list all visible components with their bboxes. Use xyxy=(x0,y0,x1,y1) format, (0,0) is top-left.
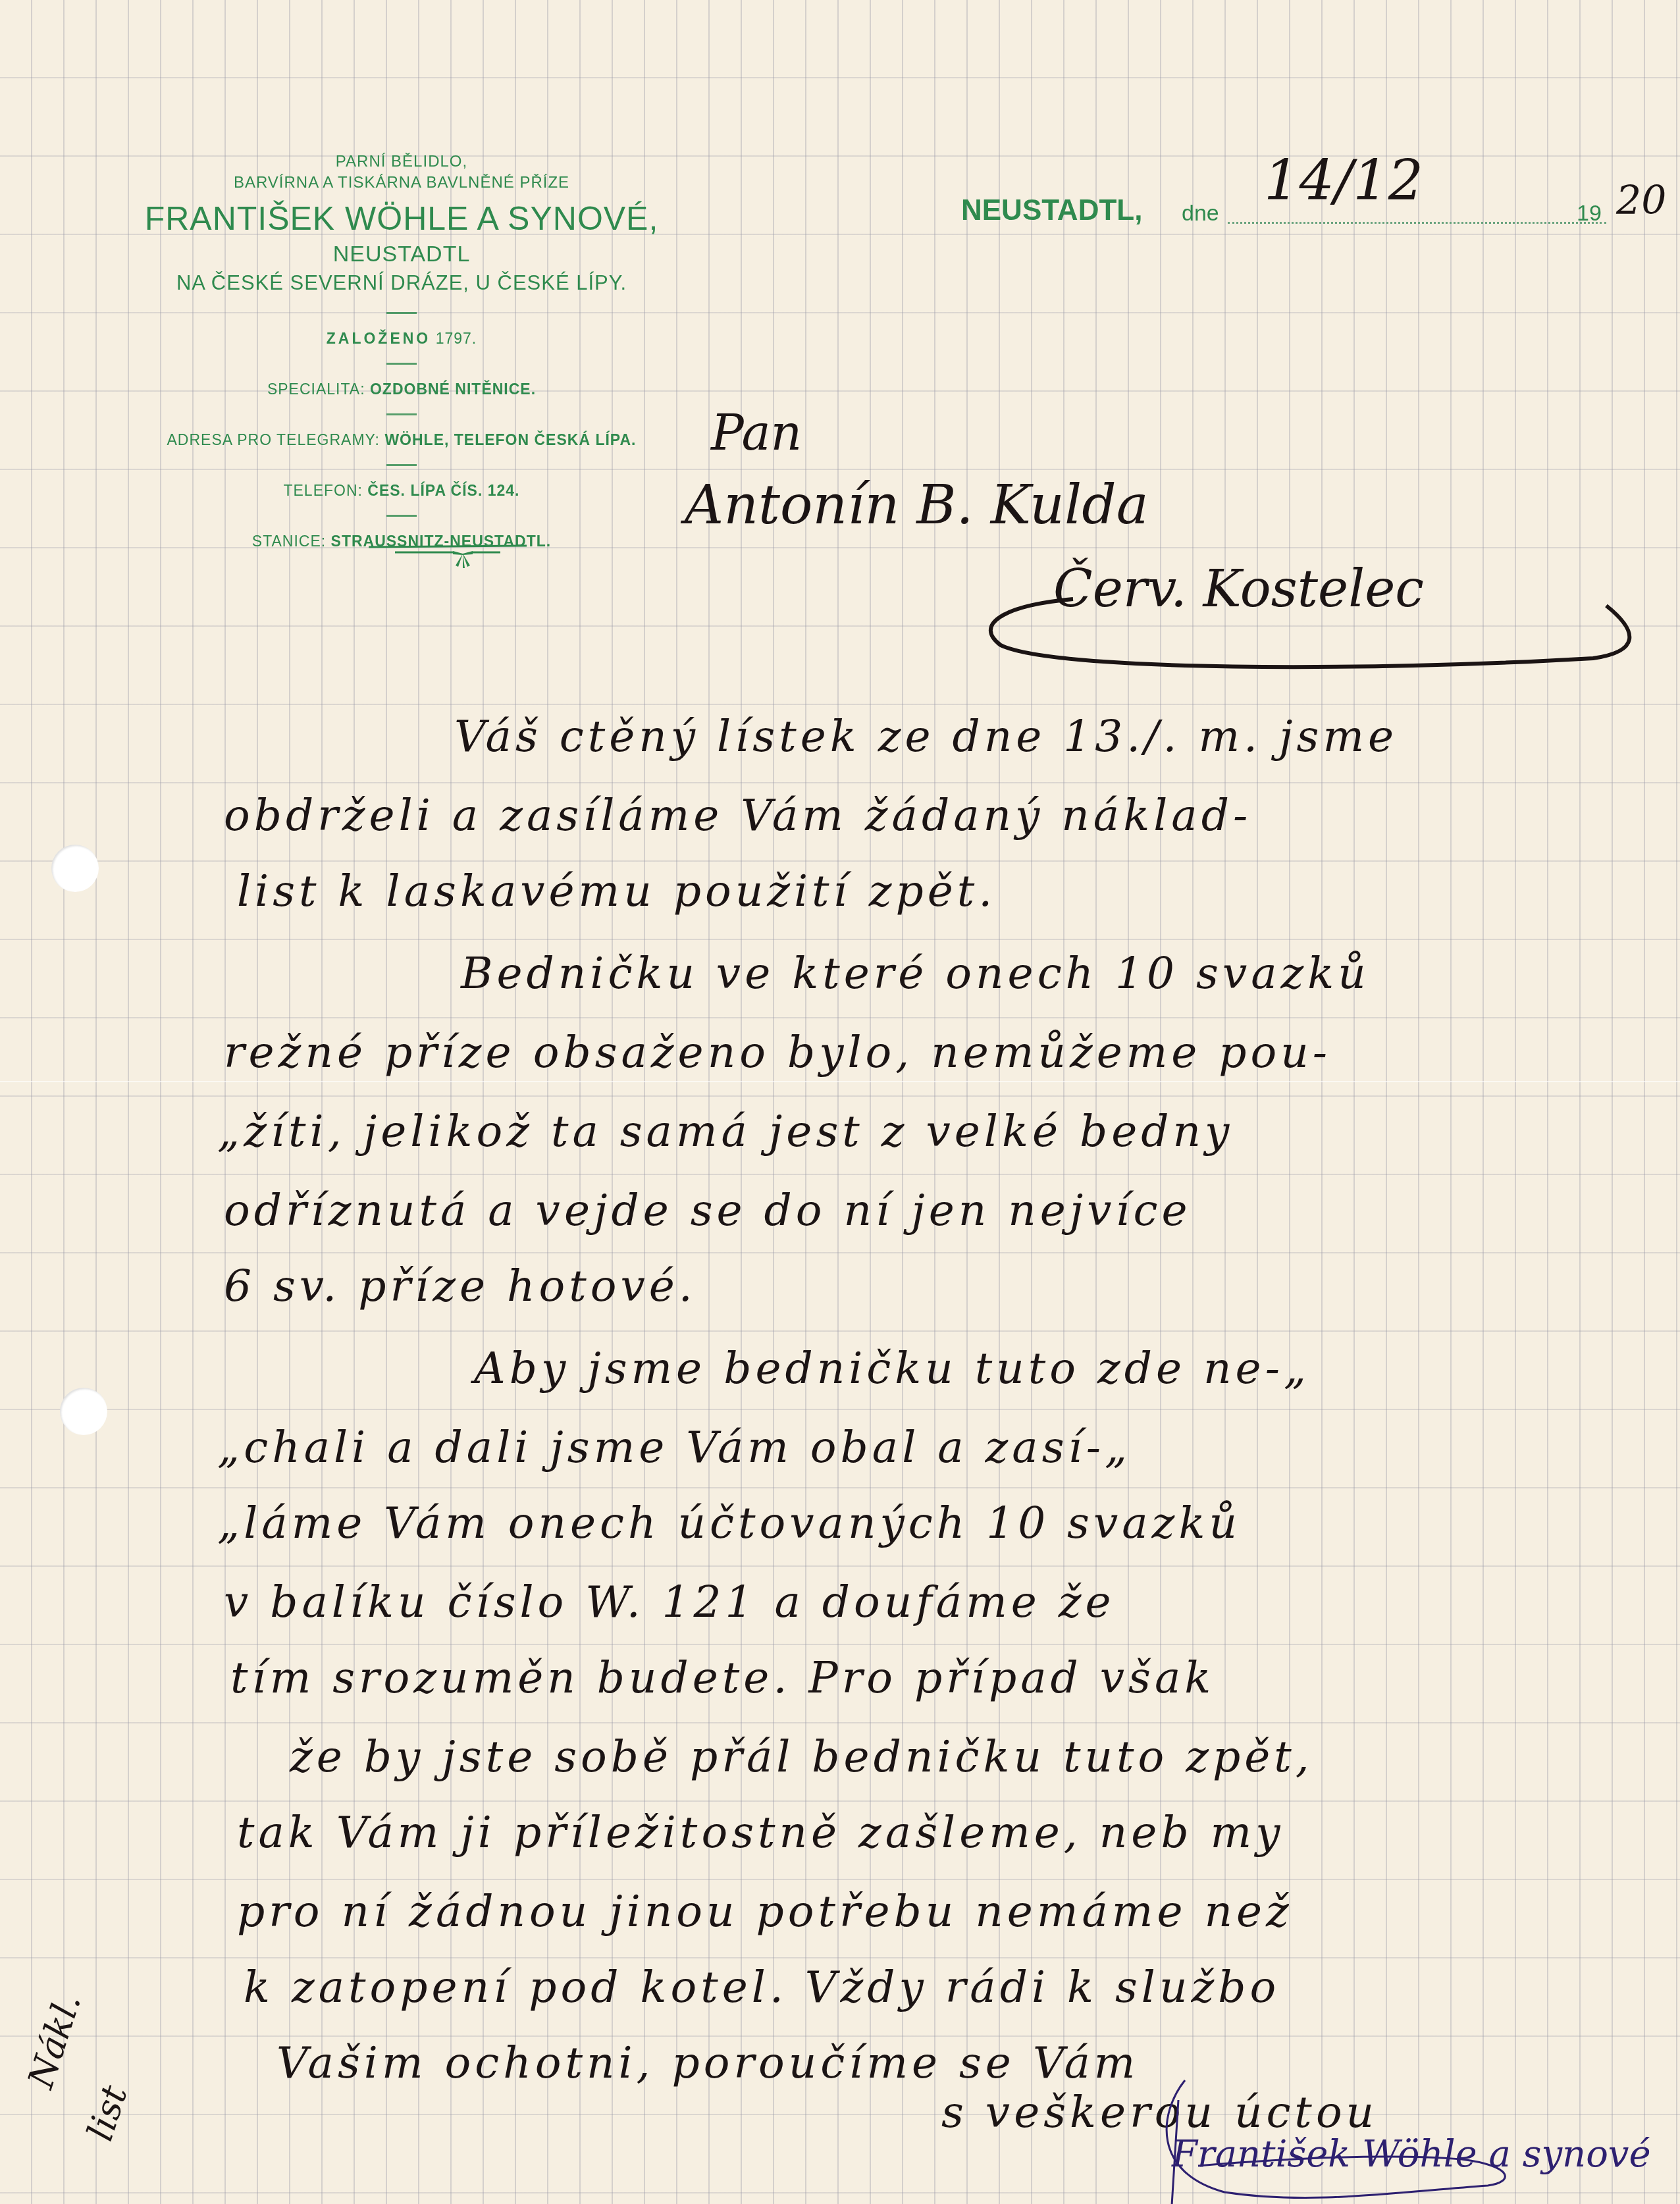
ornament-icon xyxy=(369,543,527,576)
specialty-label: SPECIALITA: xyxy=(267,380,365,398)
body-line: „chali a dali jsme Vám obal a zasí-„ xyxy=(217,1422,1131,1473)
paper-fold xyxy=(0,1081,1680,1082)
dateline-city: NEUSTADTL, xyxy=(961,194,1142,227)
letterhead: PARNÍ BĚLIDLO, BARVÍRNA A TISKÁRNA BAVLN… xyxy=(105,151,698,551)
body-line: že by jste sobě přál bedničku tuto zpět, xyxy=(290,1731,1313,1782)
phone-label: TELEFON: xyxy=(283,482,362,499)
body-line: režné příze obsaženo bylo, nemůžeme pou- xyxy=(224,1027,1331,1078)
divider xyxy=(386,515,417,517)
founded-label: ZALOŽENO xyxy=(327,330,431,347)
divider xyxy=(386,363,417,365)
year-handwritten: 20 xyxy=(1616,178,1666,224)
letterhead-line1: PARNÍ BĚLIDLO, xyxy=(105,151,698,172)
punch-hole-bottom xyxy=(60,1388,107,1435)
signature: František Wöhle a synové xyxy=(1172,2133,1651,2176)
company-city: NEUSTADTL xyxy=(105,240,698,269)
year-printed: 19 xyxy=(1577,201,1602,226)
body-line: „žíti, jelikož ta samá jest z velké bedn… xyxy=(217,1106,1233,1157)
margin-note: Nákl. xyxy=(20,1989,89,2093)
body-line: Váš ctěný lístek ze dne 13./. m. jsme xyxy=(454,711,1398,762)
underline-flourish-icon xyxy=(974,579,1646,678)
date-handwritten: 14/12 xyxy=(1264,148,1423,213)
company-railway: NA ČESKÉ SEVERNÍ DRÁZE, U ČESKÉ LÍPY. xyxy=(105,269,698,298)
letterhead-line2: BARVÍRNA A TISKÁRNA BAVLNĚNÉ PŘÍZE xyxy=(105,172,698,194)
salutation: Pan xyxy=(711,405,802,461)
body-line: pro ní žádnou jinou potřebu nemáme než xyxy=(237,1886,1293,1937)
body-line: 6 sv. příze hotové. xyxy=(224,1261,696,1311)
recipient-name: Antonín B. Kulda xyxy=(685,474,1149,537)
body-line: Vašim ochotni, poroučíme se Vám xyxy=(276,2037,1139,2088)
dateline-dne: dne xyxy=(1182,201,1219,226)
body-line: Aby jsme bedničku tuto zde ne-„ xyxy=(474,1343,1310,1394)
margin-note: list xyxy=(79,2080,136,2145)
divider xyxy=(386,413,417,415)
founded-year: 1797. xyxy=(436,330,477,347)
body-line: k zatopení pod kotel. Vždy rádi k službo xyxy=(244,1962,1280,2012)
telegram-address: ADRESA PRO TELEGRAMY: WÖHLE, TELEFON ČES… xyxy=(105,430,698,450)
body-line: odříznutá a vejde se do ní jen nejvíce xyxy=(224,1185,1192,1236)
body-line: „láme Vám onech účtovaných 10 svazků xyxy=(217,1498,1241,1548)
divider xyxy=(386,312,417,314)
phone-value: ČES. LÍPA ČÍS. 124. xyxy=(367,482,519,499)
body-line: v balíku číslo W. 121 a doufáme že xyxy=(224,1577,1115,1627)
phone: TELEFON: ČES. LÍPA ČÍS. 124. xyxy=(105,481,698,500)
date-dotted-line xyxy=(1228,222,1606,224)
body-line: tím srozuměn budete. Pro případ však xyxy=(230,1652,1215,1703)
specialty: SPECIALITA: OZDOBNÉ NITĚNICE. xyxy=(105,379,698,399)
divider xyxy=(386,464,417,466)
body-line: list k laskavému použití zpět. xyxy=(237,866,996,916)
body-line: obdrželi a zasíláme Vám žádaný náklad- xyxy=(224,790,1251,841)
punch-hole-top xyxy=(51,845,99,892)
body-line: tak Vám ji příležitostně zašleme, neb my xyxy=(237,1807,1284,1858)
telegram-label: ADRESA PRO TELEGRAMY: xyxy=(167,431,381,448)
body-line: Bedničku ve které onech 10 svazků xyxy=(461,948,1370,999)
telegram-value: WÖHLE, TELEFON ČESKÁ LÍPA. xyxy=(384,431,636,448)
signature-flourish-icon xyxy=(1145,2060,1554,2204)
station-label: STANICE: xyxy=(252,533,326,550)
company-name: FRANTIŠEK WÖHLE A SYNOVÉ, xyxy=(105,197,698,240)
specialty-value: OZDOBNÉ NITĚNICE. xyxy=(370,380,536,398)
founded: ZALOŽENO 1797. xyxy=(105,328,698,348)
